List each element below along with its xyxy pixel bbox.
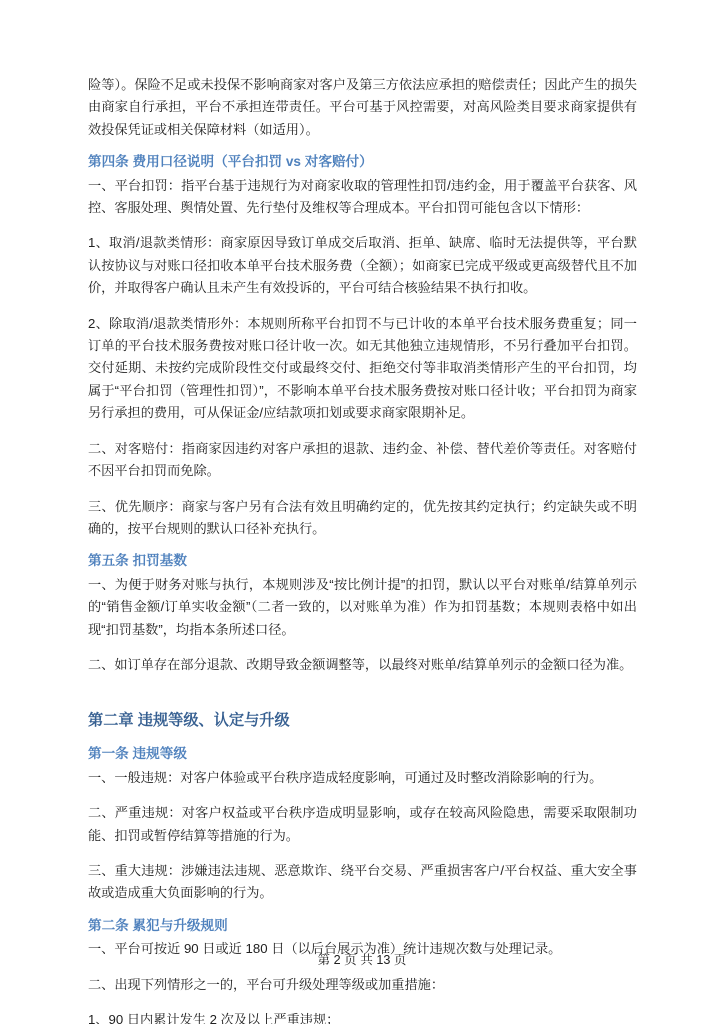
paragraph: 二、如订单存在部分退款、改期导致金额调整等，以最终对账单/结算单列示的金额口径为… xyxy=(88,654,637,676)
section-heading-article-1: 第一条 违规等级 xyxy=(88,743,637,765)
paragraph: 2、除取消/退款类情形外：本规则所称平台扣罚不与已计收的本单平台技术服务费重复；… xyxy=(88,313,637,425)
section-heading-article-5: 第五条 扣罚基数 xyxy=(88,550,637,572)
chapter-heading-2: 第二章 违规等级、认定与升级 xyxy=(88,709,637,733)
document-page: 险等）。保险不足或未投保不影响商家对客户及第三方依法应承担的赔偿责任；因此产生的… xyxy=(0,0,724,1024)
paragraph: 1、90 日内累计发生 2 次及以上严重违规； xyxy=(88,1009,637,1024)
paragraph: 险等）。保险不足或未投保不影响商家对客户及第三方依法应承担的赔偿责任；因此产生的… xyxy=(88,74,637,141)
paragraph: 三、重大违规：涉嫌违法违规、恶意欺诈、绕平台交易、严重损害客户/平台权益、重大安… xyxy=(88,860,637,905)
paragraph: 一、一般违规：对客户体验或平台秩序造成轻度影响，可通过及时整改消除影响的行为。 xyxy=(88,767,637,789)
paragraph: 一、为便于财务对账与执行，本规则涉及“按比例计提”的扣罚，默认以平台对账单/结算… xyxy=(88,574,637,641)
paragraph: 一、平台扣罚：指平台基于违规行为对商家收取的管理性扣罚/违约金，用于覆盖平台获客… xyxy=(88,175,637,220)
document-content: 险等）。保险不足或未投保不影响商家对客户及第三方依法应承担的赔偿责任；因此产生的… xyxy=(0,0,724,1024)
section-heading-article-4: 第四条 费用口径说明（平台扣罚 vs 对客赔付） xyxy=(88,151,637,173)
section-heading-article-2: 第二条 累犯与升级规则 xyxy=(88,915,637,937)
page-number: 第 2 页 共 13 页 xyxy=(0,951,724,969)
paragraph: 二、严重违规：对客户权益或平台秩序造成明显影响，或存在较高风险隐患，需要采取限制… xyxy=(88,802,637,847)
paragraph: 二、对客赔付：指商家因违约对客户承担的退款、违约金、补偿、替代差价等责任。对客赔… xyxy=(88,438,637,483)
paragraph: 三、优先顺序：商家与客户另有合法有效且明确约定的，优先按其约定执行；约定缺失或不… xyxy=(88,496,637,541)
paragraph: 二、出现下列情形之一的，平台可升级处理等级或加重措施： xyxy=(88,974,637,996)
paragraph: 1、取消/退款类情形：商家原因导致订单成交后取消、拒单、缺席、临时无法提供等，平… xyxy=(88,232,637,299)
